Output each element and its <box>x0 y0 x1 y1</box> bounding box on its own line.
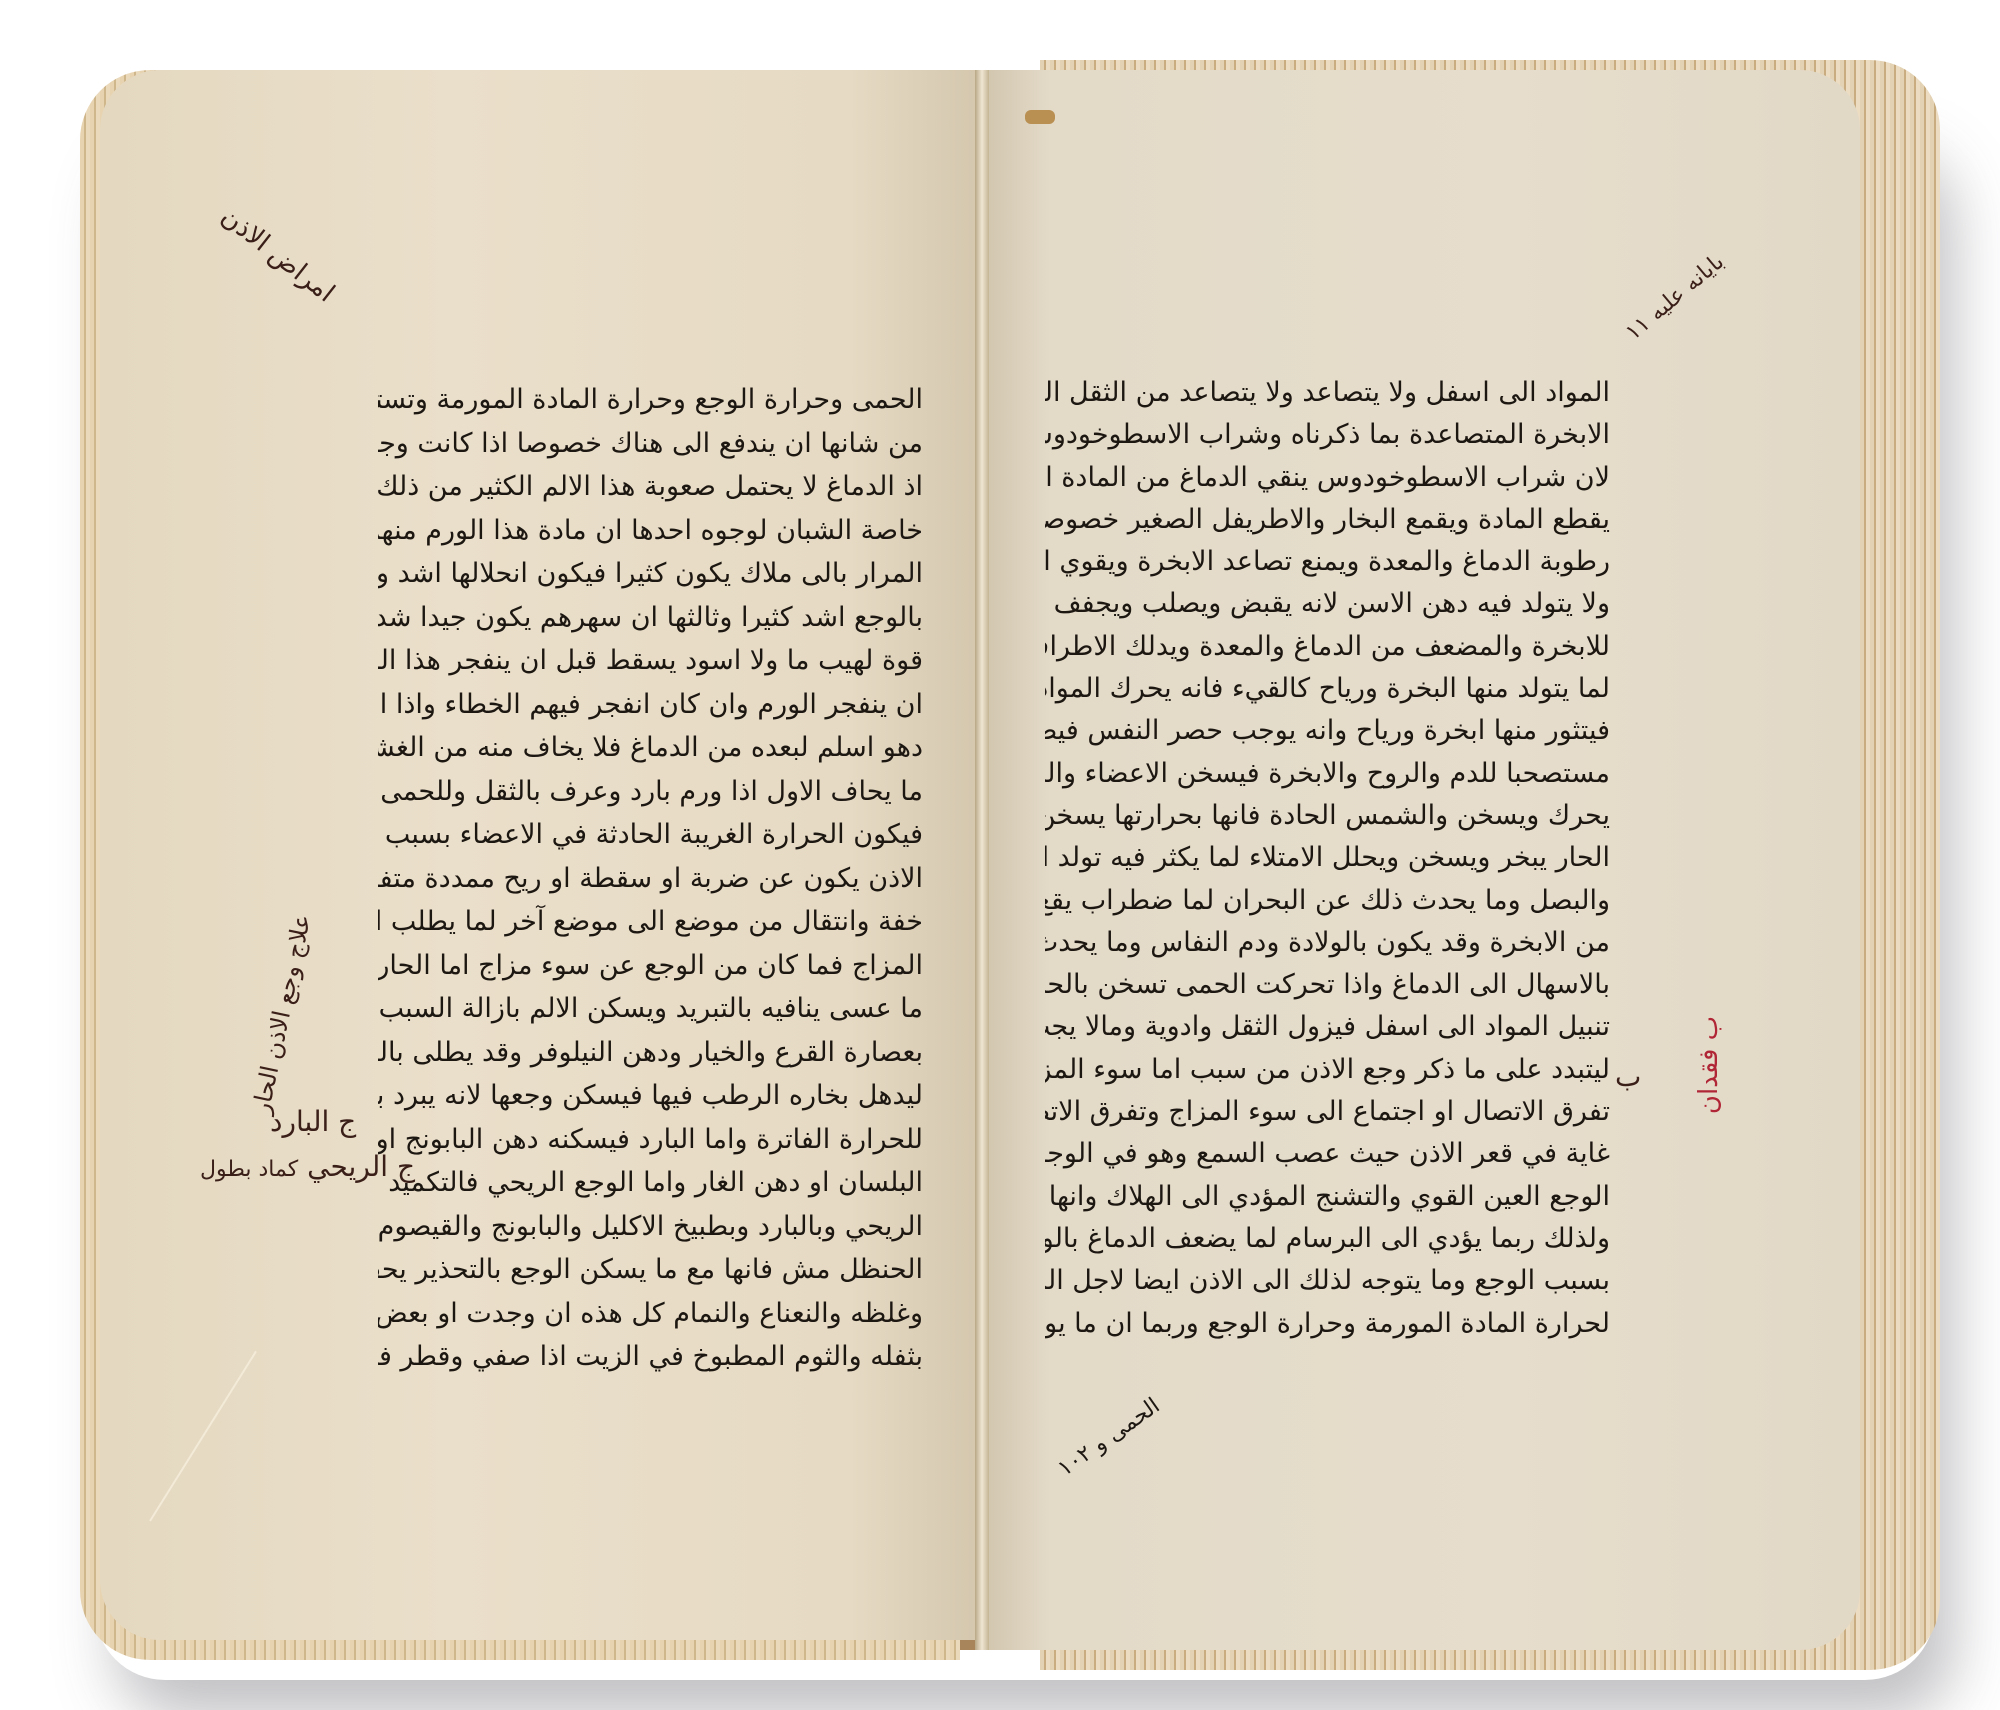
manuscript-line: لما يتولد منها البخرة ورياح كالقيء فانه … <box>1045 668 1610 710</box>
manuscript-line: ليدهل بخاره الرطب فيها فيسكن وجعها لانه … <box>378 1074 923 1118</box>
manuscript-line: الاذن يكون عن ضربة او سقطة او ريح ممددة … <box>378 857 923 901</box>
manuscript-line: ما يحاف الاول اذا ورم بارد وعرف بالثقل و… <box>378 770 923 814</box>
manuscript-line: الحمى وحرارة الوجع وحرارة المادة المورمة… <box>378 378 923 422</box>
manuscript-line: يحرك ويسخن والشمس الحادة فانها بحرارتها … <box>1045 795 1610 837</box>
manuscript-line: تنبيل المواد الى اسفل فيزول الثقل وادوية… <box>1045 1006 1610 1048</box>
manuscript-line: بسبب الوجع وما يتوجه لذلك الى الاذن ايضا… <box>1045 1260 1610 1302</box>
manuscript-line: رطوبة الدماغ والمعدة ويمنع تصاعد الابخرة… <box>1045 541 1610 583</box>
manuscript-line: خاصة الشبان لوجوه احدها ان مادة هذا الور… <box>378 509 923 553</box>
margin-note-cold: ج البارد <box>270 1105 356 1138</box>
manuscript-line: الحار يبخر ويسخن ويحلل الامتلاء لما يكثر… <box>1045 837 1610 879</box>
right-page-text-block: المواد الى اسفل ولا يتصاعد ولا يتصاعد من… <box>1045 372 1610 1345</box>
manuscript-line: للحرارة الفاترة واما البارد فيسكنه دهن ا… <box>378 1118 923 1162</box>
manuscript-line: ولا يتولد فيه دهن الاسن لانه يقبض ويصلب … <box>1045 583 1610 625</box>
manuscript-line: الوجع العين القوي والتشنج المؤدي الى اله… <box>1045 1176 1610 1218</box>
manuscript-line: فيكون الحرارة الغريبة الحادثة في الاعضاء… <box>378 813 923 857</box>
manuscript-line: من شانها ان يندفع الى هناك خصوصا اذا كان… <box>378 422 923 466</box>
manuscript-line: بعصارة القرع والخيار ودهن النيلوفر وقد ي… <box>378 1031 923 1075</box>
manuscript-line: المزاج فما كان من الوجع عن سوء مزاج اما … <box>378 944 923 988</box>
margin-note-red-vertical: ب فقدان <box>1694 1016 1724 1114</box>
margin-mark-ba: ب <box>1615 1060 1641 1093</box>
manuscript-line: المواد الى اسفل ولا يتصاعد ولا يتصاعد من… <box>1045 372 1610 414</box>
manuscript-line: بثفله والثوم المطبوخ في الزيت اذا صفي وق… <box>378 1335 923 1379</box>
manuscript-line: دهو اسلم لبعده من الدماغ فلا يخاف منه من… <box>378 726 923 770</box>
manuscript-line: للابخرة والمضعف من الدماغ والمعدة ويدلك … <box>1045 626 1610 668</box>
manuscript-line: اذ الدماغ لا يحتمل صعوبة هذا الالم الكثي… <box>378 465 923 509</box>
manuscript-line: ان ينفجر الورم وان كان انفجر فيهم الخطاء… <box>378 683 923 727</box>
manuscript-line: المرار بالى ملاك يكون كثيرا فيكون انحلال… <box>378 552 923 596</box>
binding-thread-fragment <box>1025 110 1055 124</box>
left-page-text-block: الحمى وحرارة الوجع وحرارة المادة المورمة… <box>378 378 923 1379</box>
manuscript-line: الريحي وبالبارد وبطبيخ الاكليل والبابونج… <box>378 1205 923 1249</box>
manuscript-line: تفرق الاتصال او اجتماع الى سوء المزاج وت… <box>1045 1091 1610 1133</box>
manuscript-line: لحرارة المادة المورمة وحرارة الوجع وربما… <box>1045 1303 1610 1345</box>
manuscript-line: لان شراب الاسطوخودوس ينقي الدماغ من الما… <box>1045 457 1610 499</box>
manuscript-line: غاية في قعر الاذن حيث عصب السمع وهو في ا… <box>1045 1133 1610 1175</box>
spine-gutter <box>975 70 989 1650</box>
margin-note-windy-addendum: كماد بطول <box>200 1157 298 1182</box>
manuscript-line: ليتبدد على ما ذكر وجع الاذن من سبب اما س… <box>1045 1049 1610 1091</box>
manuscript-line: بالوجع اشد كثيرا وثالثها ان سهرهم يكون ج… <box>378 596 923 640</box>
manuscript-line: وغلظه والنعناع والنمام كل هذه ان وجدت او… <box>378 1292 923 1336</box>
manuscript-line: فيتثور منها ابخرة ورياح وانه يوجب حصر ال… <box>1045 710 1610 752</box>
manuscript-line: ولذلك ربما يؤدي الى البرسام لما يضعف الد… <box>1045 1218 1610 1260</box>
manuscript-line: من الابخرة وقد يكون بالولادة ودم النفاس … <box>1045 922 1610 964</box>
manuscript-line: الحنظل مش فانها مع ما يسكن الوجع بالتحذي… <box>378 1248 923 1292</box>
manuscript-line: قوة لهيب ما ولا اسود يسقط قبل ان ينفجر ه… <box>378 639 923 683</box>
manuscript-line: البلسان او دهن الغار واما الوجع الريحي ف… <box>378 1161 923 1205</box>
manuscript-line: بالاسهال الى الدماغ واذا تحركت الحمى تسخ… <box>1045 964 1610 1006</box>
manuscript-line: الابخرة المتصاعدة بما ذكرناه وشراب الاسط… <box>1045 414 1610 456</box>
manuscript-line: ما عسى ينافيه بالتبريد ويسكن الالم بازال… <box>378 987 923 1031</box>
manuscript-line: خفة وانتقال من موضع الى موضع آخر لما يطل… <box>378 900 923 944</box>
manuscript-line: مستصحبا للدم والروح والابخرة فيسخن الاعض… <box>1045 753 1610 795</box>
manuscript-line: والبصل وما يحدث ذلك عن البحران لما ضطراب… <box>1045 880 1610 922</box>
manuscript-line: يقطع المادة ويقمع البخار والاطريفل الصغي… <box>1045 499 1610 541</box>
